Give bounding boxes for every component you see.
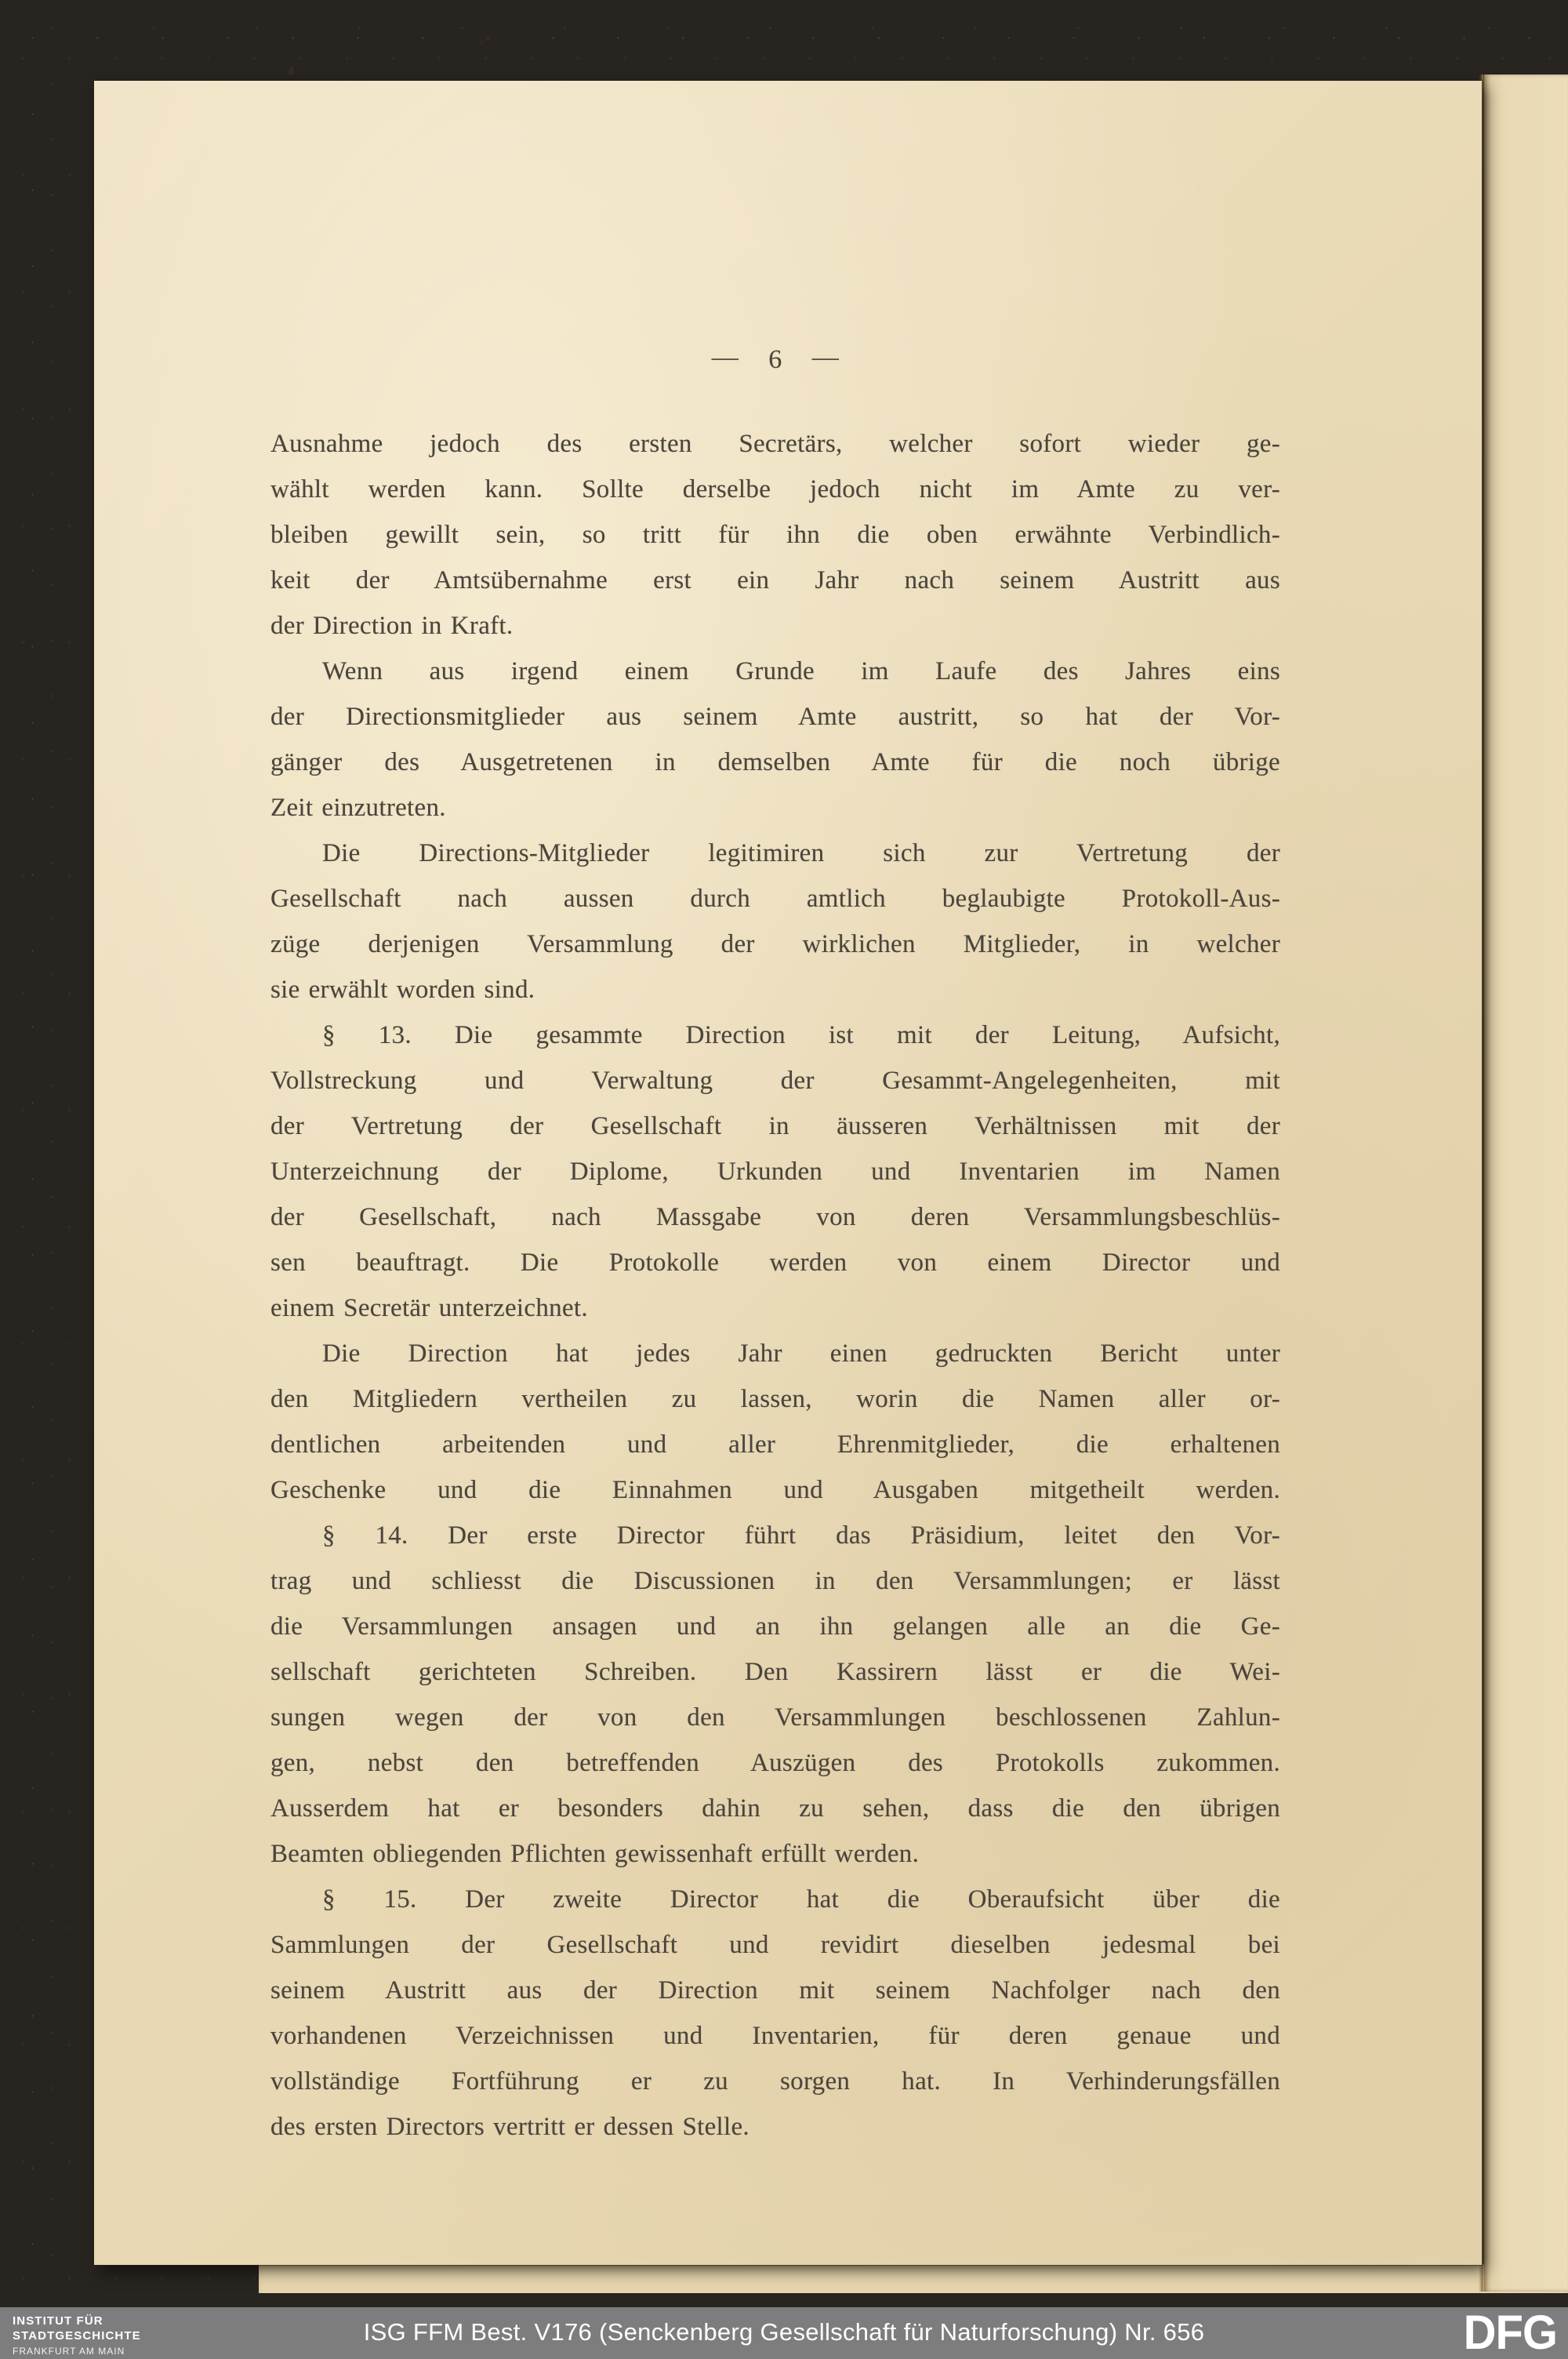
paragraph: § 15. Der zweite Director hat die Oberau…: [270, 1877, 1280, 2150]
text-line: Vollstreckung und Verwaltung der Gesammt…: [270, 1058, 1280, 1103]
text-line: Beamten obliegenden Pflichten gewissenha…: [270, 1831, 1280, 1877]
text-line: Die Direction hat jedes Jahr einen gedru…: [270, 1331, 1280, 1376]
text-line: Ausnahme jedoch des ersten Secretärs, we…: [270, 421, 1280, 467]
paragraph: Die Directions-Mitglieder legitimiren si…: [270, 831, 1280, 1012]
text-line: die Versammlungen ansagen und an ihn gel…: [270, 1604, 1280, 1649]
text-line: Gesellschaft nach aussen durch amtlich b…: [270, 876, 1280, 921]
text-line: sungen wegen der von den Versammlungen b…: [270, 1695, 1280, 1740]
text-line: trag und schliesst die Discussionen in d…: [270, 1558, 1280, 1604]
paragraph: Wenn aus irgend einem Grunde im Laufe de…: [270, 649, 1280, 831]
text-line: der Gesellschaft, nach Massgabe von dere…: [270, 1194, 1280, 1240]
text-line: wählt werden kann. Sollte derselbe jedoc…: [270, 467, 1280, 512]
text-line: gen, nebst den betreffenden Auszügen des…: [270, 1740, 1280, 1786]
ink-fleck: [480, 40, 484, 46]
text-line: Zeit einzutreten.: [270, 785, 1280, 831]
text-line: sellschaft gerichteten Schreiben. Den Ka…: [270, 1649, 1280, 1695]
archive-footer-bar: INSTITUT FÜR STADTGESCHICHTE FRANKFURT A…: [0, 2307, 1568, 2359]
text-block: Ausnahme jedoch des ersten Secretärs, we…: [270, 343, 1280, 2150]
page-header-spacer: [270, 343, 1280, 421]
text-line: des ersten Directors vertritt er dessen …: [270, 2104, 1280, 2150]
document-page: —6— Ausnahme jedoch des ersten Secretärs…: [94, 81, 1482, 2265]
text-line: sie erwählt worden sind.: [270, 967, 1280, 1012]
ink-fleck: [289, 67, 294, 75]
text-line: der Direction in Kraft.: [270, 603, 1280, 649]
text-line: seinem Austritt aus der Direction mit se…: [270, 1968, 1280, 2013]
paragraph: § 13. Die gesammte Direction ist mit der…: [270, 1012, 1280, 1331]
text-line: der Vertretung der Gesellschaft in äusse…: [270, 1103, 1280, 1149]
text-line: Geschenke und die Einnahmen und Ausgaben…: [270, 1467, 1280, 1513]
paragraph: § 14. Der erste Director führt das Präsi…: [270, 1513, 1280, 1877]
text-line: vorhandenen Verzeichnissen und Inventari…: [270, 2013, 1280, 2059]
text-line: § 15. Der zweite Director hat die Oberau…: [270, 1877, 1280, 1922]
text-line: § 13. Die gesammte Direction ist mit der…: [270, 1012, 1280, 1058]
text-line: sen beauftragt. Die Protokolle werden vo…: [270, 1240, 1280, 1285]
text-line: einem Secretär unterzeichnet.: [270, 1285, 1280, 1331]
paragraph: Ausnahme jedoch des ersten Secretärs, we…: [270, 421, 1280, 649]
dfg-logo: DFG: [1464, 2306, 1557, 2359]
text-line: Unterzeichnung der Diplome, Urkunden und…: [270, 1149, 1280, 1194]
scanned-document-photo: —6— Ausnahme jedoch des ersten Secretärs…: [0, 0, 1568, 2359]
text-line: dentlichen arbeitenden und aller Ehrenmi…: [270, 1422, 1280, 1467]
text-line: züge derjenigen Versammlung der wirklich…: [270, 921, 1280, 967]
text-line: Ausserdem hat er besonders dahin zu sehe…: [270, 1786, 1280, 1831]
text-line: den Mitgliedern vertheilen zu lassen, wo…: [270, 1376, 1280, 1422]
paragraph: Die Direction hat jedes Jahr einen gedru…: [270, 1331, 1280, 1513]
text-line: der Directionsmitglieder aus seinem Amte…: [270, 694, 1280, 740]
text-line: Wenn aus irgend einem Grunde im Laufe de…: [270, 649, 1280, 694]
text-line: Sammlungen der Gesellschaft und revidirt…: [270, 1922, 1280, 1968]
archive-reference: ISG FFM Best. V176 (Senckenberg Gesellsc…: [0, 2318, 1568, 2346]
text-line: bleiben gewillt sein, so tritt für ihn d…: [270, 512, 1280, 558]
text-line: keit der Amtsübernahme erst ein Jahr nac…: [270, 558, 1280, 603]
underlying-sheet-edge: [259, 2264, 1568, 2293]
isg-logo-line3: FRANKFURT AM MAIN: [13, 2345, 141, 2357]
text-line: Die Directions-Mitglieder legitimiren si…: [270, 831, 1280, 876]
text-line: vollständige Fortführung er zu sorgen ha…: [270, 2059, 1280, 2104]
text-line: § 14. Der erste Director führt das Präsi…: [270, 1513, 1280, 1558]
text-line: gänger des Ausgetretenen in demselben Am…: [270, 740, 1280, 785]
next-page-sliver: [1484, 75, 1568, 2292]
